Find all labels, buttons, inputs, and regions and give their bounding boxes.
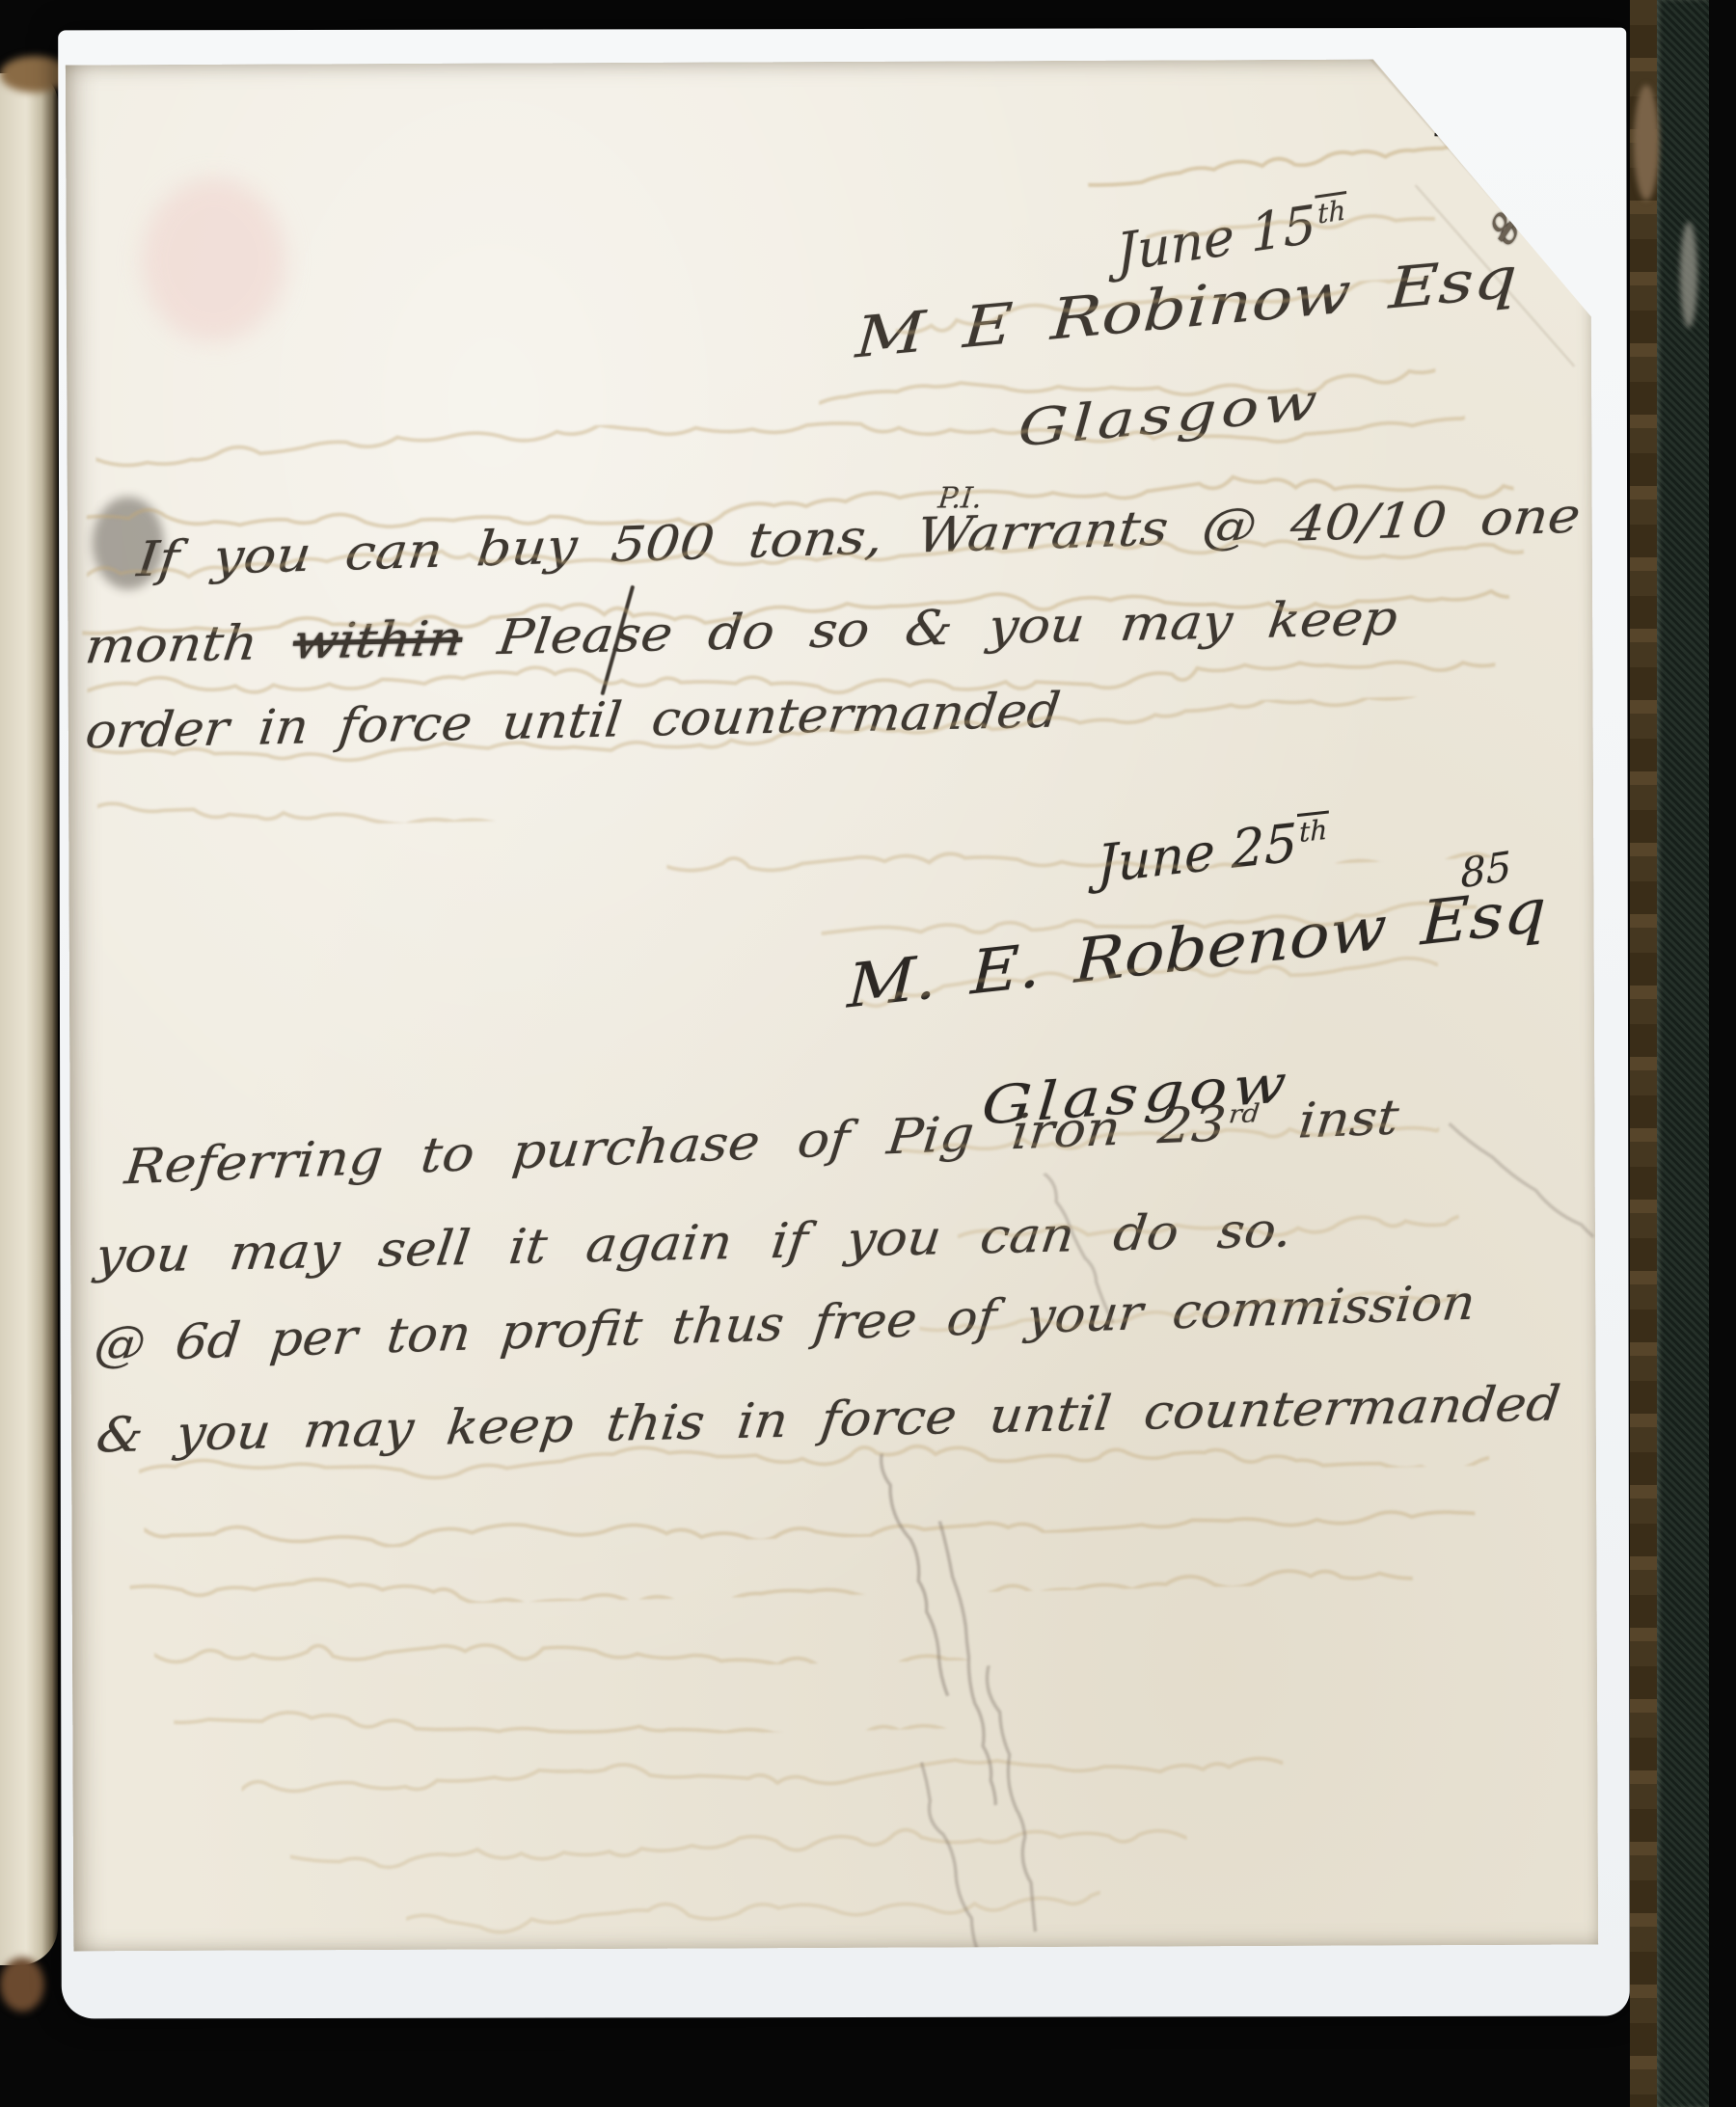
letter2-line1-post: inst	[1258, 1089, 1401, 1150]
ink-transfer-smudge	[965, 1661, 1054, 1935]
letter2-date-ordinal: th	[1297, 810, 1329, 849]
ghost-writing-stroke	[144, 1477, 1476, 1553]
letter2-date-text: June 25	[1097, 812, 1297, 895]
letter-page: 149 June 15th 85 M E Robinow Esq Glasgow…	[66, 59, 1599, 1952]
letter1-line2-post: Please do so & you may keep	[459, 590, 1400, 666]
ghost-stroke-path	[144, 1499, 1475, 1553]
ghost-writing-stroke	[665, 811, 1496, 890]
ghost-stroke-path	[174, 1688, 1360, 1745]
book-scan: 149 June 15th 85 M E Robinow Esq Glasgow…	[0, 0, 1736, 2107]
letter1-body-line2: month within Please do so & you may keep	[82, 590, 1400, 675]
letter2-body-line3: @ 6d per ton profit thus free of your co…	[92, 1275, 1478, 1373]
ink-transfer-smudge	[1435, 1105, 1609, 1254]
spine-debris	[1634, 85, 1659, 201]
ghost-stroke-path	[130, 1555, 1413, 1610]
previous-page-edge	[0, 73, 58, 1965]
letter1-body-line3: order in force until countermanded	[83, 682, 1064, 759]
binding-gap-bottom	[0, 1958, 44, 2012]
letter1-date-ordinal: th	[1315, 191, 1347, 230]
ink-transfer-smudge	[900, 1755, 1007, 1961]
ghost-stroke-path	[877, 1452, 958, 1698]
letter2-body-line4: & you may keep this in force until count…	[94, 1375, 1563, 1463]
ghost-writing-stroke	[1086, 128, 1455, 208]
ghost-writing-stroke	[241, 1743, 1284, 1813]
spine-debris	[1680, 222, 1697, 328]
ink-transfer-smudge	[917, 1517, 1019, 1810]
letter1-line2-pre: month	[82, 614, 296, 675]
letter1-city: Glasgow	[1017, 372, 1323, 458]
ghost-writing-stroke	[153, 1605, 1389, 1678]
letter2-date: June 25th	[1097, 808, 1329, 895]
book-spine-edge	[1630, 0, 1657, 2107]
ghost-writing-stroke	[406, 1880, 1101, 1942]
letter2-line1-pre: Referring to purchase of Pig iron 23	[122, 1095, 1229, 1195]
ghost-writing-stroke	[289, 1814, 1187, 1879]
ghost-stroke-path	[154, 1622, 1389, 1678]
ghost-stroke-path	[985, 1664, 1042, 1936]
ghost-writing-stroke	[174, 1673, 1361, 1745]
ghost-stroke-path	[241, 1749, 1284, 1796]
ghost-stroke-path	[1448, 1122, 1609, 1253]
ghost-stroke-path	[936, 1520, 1004, 1809]
ghost-writing-stroke	[97, 754, 1429, 829]
ghost-stroke-path	[1087, 139, 1455, 188]
letter1-line2-struck-word: within	[290, 610, 466, 670]
paper-stain	[141, 177, 286, 342]
ghost-stroke-path	[666, 828, 1497, 890]
ink-transfer-smudge	[859, 1447, 974, 1701]
ghost-stroke-path	[406, 1889, 1101, 1934]
letter2-recipient: M. E. Robenow Esq	[847, 875, 1548, 1022]
letter1-body-line1: If you can buy 500 tons, Warrants @ 40/1…	[134, 487, 1583, 587]
ghost-writing-stroke	[129, 1536, 1413, 1610]
letter2-body-line2: you may sell it again if you can do so.	[93, 1202, 1295, 1283]
letter2-body-line1: Referring to purchase of Pig iron 23rd i…	[122, 1089, 1401, 1195]
ghost-stroke-path	[290, 1823, 1188, 1870]
letter2-line1-ordinal: rd	[1225, 1099, 1262, 1130]
ghost-stroke-path	[913, 1762, 989, 1961]
